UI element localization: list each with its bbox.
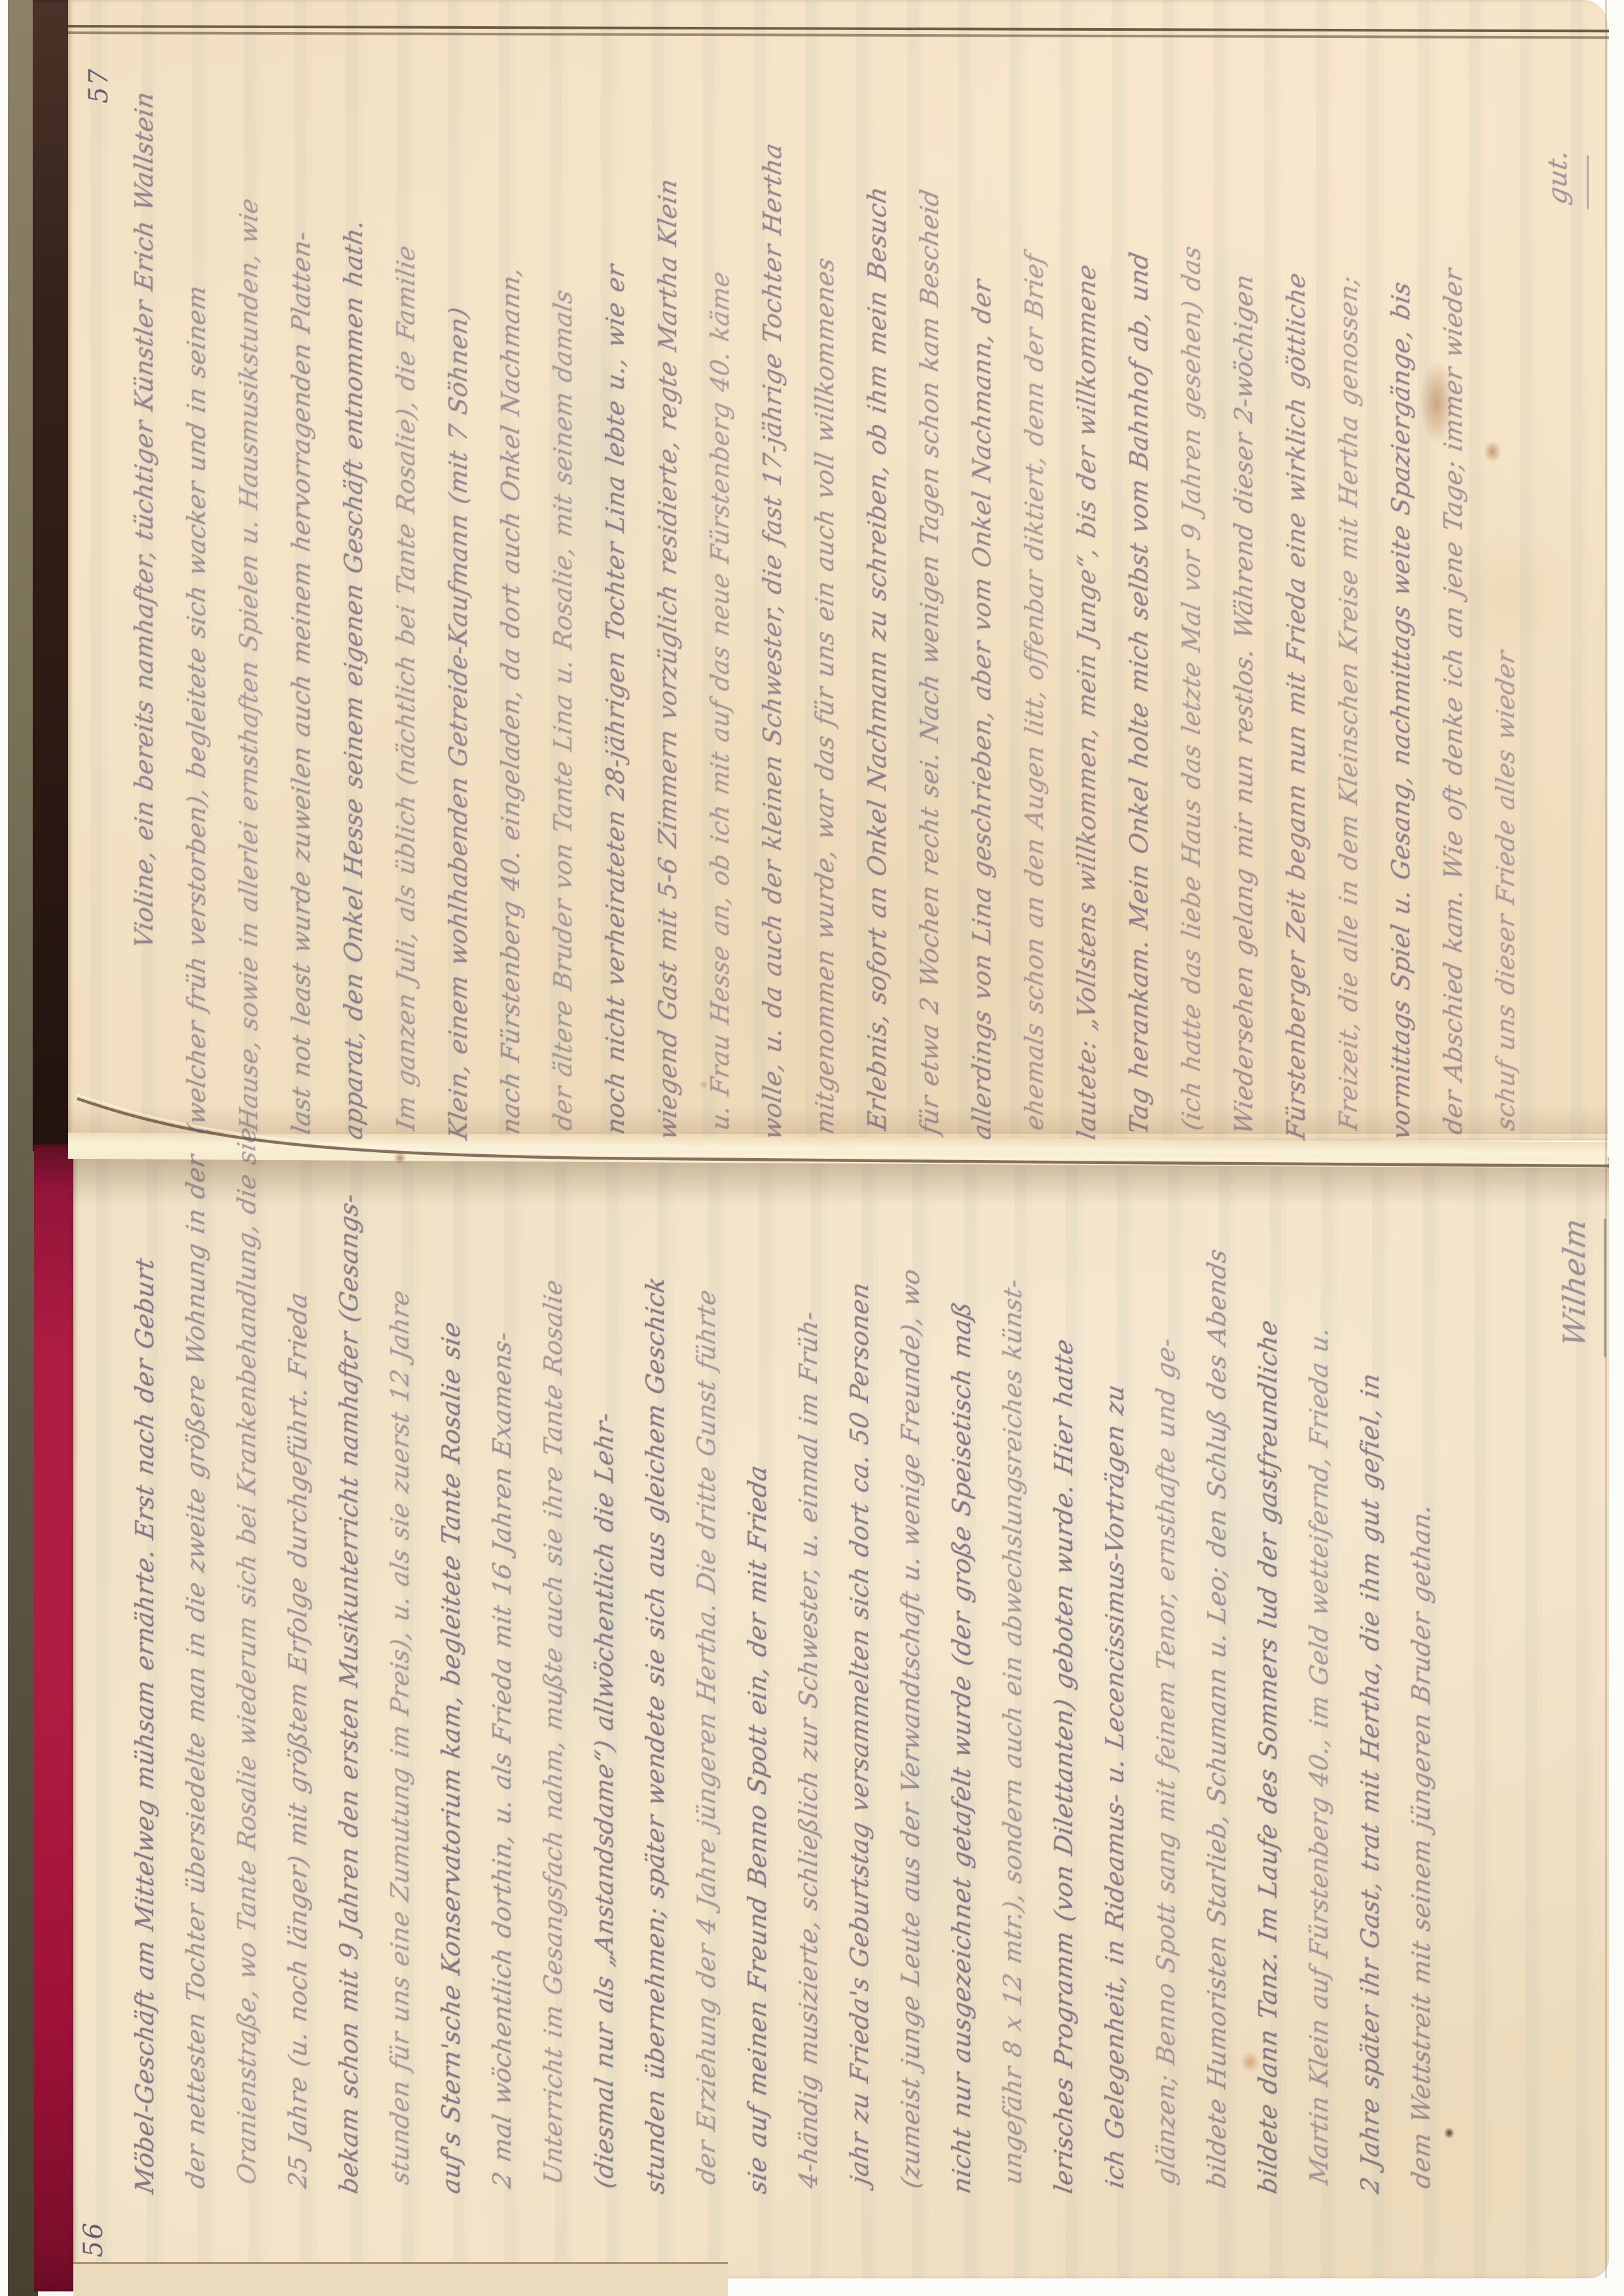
page-57-lines: Violine, ein bereits namhafter, tüchtige… <box>118 59 1532 1139</box>
handwritten-line: wolle, u. da auch der kleinen Schwester,… <box>746 59 799 1139</box>
handwritten-line: Martin Klein auf Fürstenberg 40., im Gel… <box>1293 1172 1344 2193</box>
closing-word-underlined: gut. <box>1532 145 1589 209</box>
handwritten-line: nicht nur ausgezeichnet getafelt wurde (… <box>936 1172 987 2193</box>
handwritten-line <box>1447 1172 1498 2193</box>
handwritten-line: (ich hatte das liebe Haus das letzte Mal… <box>1165 59 1218 1139</box>
handwritten-line: Violine, ein bereits namhafter, tüchtige… <box>118 59 170 1139</box>
handwritten-line: (diesmal nur als „Anstandsdame“) allwöch… <box>579 1172 630 2193</box>
handwritten-line: Unterricht im Gesangsfach nahm, mußte au… <box>528 1172 579 2193</box>
handwritten-line: Fürstenberger Zeit begann nun mit Frieda… <box>1270 59 1322 1139</box>
handwritten-line: der Erziehung der 4 Jahre jüngeren Herth… <box>681 1172 732 2193</box>
handwritten-line: Oranienstraße, wo Tante Rosalie wiederum… <box>221 1172 272 2193</box>
page-56-lines: Möbel-Geschäft am Mittelweg mühsam ernäh… <box>119 1172 1549 2193</box>
handwritten-line: ehemals schon an den Augen litt, offenba… <box>1008 59 1060 1139</box>
handwritten-line: 4-händig musizierte, schließlich zur Sch… <box>783 1172 834 2193</box>
handwritten-line: (zumeist junge Leute aus der Verwandtsch… <box>885 1172 936 2193</box>
page-56-handwriting-block: Möbel-Geschäft am Mittelweg mühsam ernäh… <box>119 1172 1600 2193</box>
handwritten-line: 2 mal wöchentlich dorthin, u. als Frieda… <box>477 1172 528 2193</box>
handwritten-line: ungefähr 8 x 12 mtr.), sondern auch ein … <box>987 1172 1038 2193</box>
handwritten-line: dem Wettstreit mit seinem jüngeren Brude… <box>1396 1172 1447 2193</box>
handwritten-line: Freizeit, die alle in dem Kleinschen Kre… <box>1322 59 1375 1139</box>
handwritten-line: 2 Jahre später ihr Gast, trat mit Hertha… <box>1344 1172 1396 2193</box>
handwritten-line: u. Frau Hesse an, ob ich mit auf das neu… <box>694 59 746 1139</box>
handwritten-line: der nettesten Tochter übersiedelte man i… <box>170 1172 221 2193</box>
page-number-56: 56 <box>79 2221 109 2257</box>
handwritten-line: Erlebnis, sofort an Onkel Nachmann zu sc… <box>851 59 903 1139</box>
handwritten-line: noch nicht verheirateten 28-jährigen Toc… <box>589 59 641 1139</box>
handwritten-line: ich Gelegenheit, in Rideamus- u. Lecenci… <box>1089 1172 1140 2193</box>
handwritten-line: wiegend Gast mit 5-6 Zimmern vorzüglich … <box>641 59 694 1139</box>
handwritten-line: apparat, den Onkel Hesse seinem eigenen … <box>327 59 380 1139</box>
handwritten-line <box>1498 1172 1549 2193</box>
handwritten-line: glänzen; Benno Spott sang mit feinem Ten… <box>1140 1172 1191 2193</box>
signature-underlined: Wilhelm <box>1549 1209 1606 1357</box>
handwritten-line: mitgenommen wurde, war das für uns ein a… <box>799 59 851 1139</box>
handwritten-line: der Abschied kam. Wie oft denke ich an j… <box>1427 59 1479 1139</box>
handwritten-line: stunden für uns eine Zumutung im Preis),… <box>374 1172 425 2193</box>
handwritten-line: Im ganzen Juli, als üblich (nächtlich be… <box>380 59 432 1139</box>
page-56-signature-line: Wilhelm <box>1549 1172 1600 2193</box>
handwritten-line: Klein, einem wohlhabenden Getreide-Kaufm… <box>432 59 484 1139</box>
handwritten-line: vormittags Spiel u. Gesang, nachmittags … <box>1375 59 1427 1139</box>
handwritten-line: (welcher früh verstorben), begleitete si… <box>170 59 223 1139</box>
handwritten-line: Tag herankam. Mein Onkel holte mich selb… <box>1113 59 1165 1139</box>
handwritten-line: schuf uns dieser Friede alles wieder <box>1479 59 1532 1139</box>
handwritten-line: jahr zu Frieda's Geburtstag versammelten… <box>834 1172 885 2193</box>
handwritten-line: Hause, sowie in allerlei ernsthaften Spi… <box>223 59 275 1139</box>
handwritten-line: bildete dann Tanz. Im Laufe des Sommers … <box>1242 1172 1293 2193</box>
handwritten-line: lerisches Programm (von Dilettanten) geb… <box>1038 1172 1089 2193</box>
page-right-edge-line <box>1605 0 1607 2278</box>
handwritten-line: lautete: „Vollstens willkommen, mein Jun… <box>1060 59 1113 1139</box>
handwritten-line: bekam schon mit 9 Jahren den ersten Musi… <box>323 1172 374 2193</box>
handwritten-line: nach Fürstenberg 40. eingeladen, da dort… <box>484 59 537 1139</box>
page-57-handwriting-block: Violine, ein bereits namhafter, tüchtige… <box>118 59 1584 1139</box>
handwritten-line: 25 Jahre (u. noch länger) mit größtem Er… <box>272 1172 323 2193</box>
handwritten-line: für etwa 2 Wochen recht sei. Nach wenige… <box>903 59 956 1139</box>
handwritten-line: auf's Stern'sche Konservatorium kam, beg… <box>425 1172 477 2193</box>
handwritten-line: allerdings von Lina geschrieben, aber vo… <box>956 59 1008 1139</box>
handwritten-line: der ältere Bruder von Tante Lina u. Rosa… <box>537 59 589 1139</box>
page-57-closing-line: gut. <box>1532 59 1584 1139</box>
handwritten-line: bildete Humoristen Starlieb, Schumann u.… <box>1191 1172 1242 2193</box>
handwritten-line: sie auf meinen Freund Benno Spott ein, d… <box>732 1172 783 2193</box>
book-scan: Violine, ein bereits namhafter, tüchtige… <box>0 0 1624 2296</box>
handwritten-line: last not least wurde zuweilen auch meine… <box>275 59 327 1139</box>
handwritten-line: Wiedersehen gelang mir nun restlos. Währ… <box>1218 59 1270 1139</box>
handwritten-line: stunden übernehmen; später wendete sie s… <box>630 1172 681 2193</box>
page-number-57: 57 <box>84 67 114 103</box>
handwritten-line: Möbel-Geschäft am Mittelweg mühsam ernäh… <box>119 1172 170 2193</box>
